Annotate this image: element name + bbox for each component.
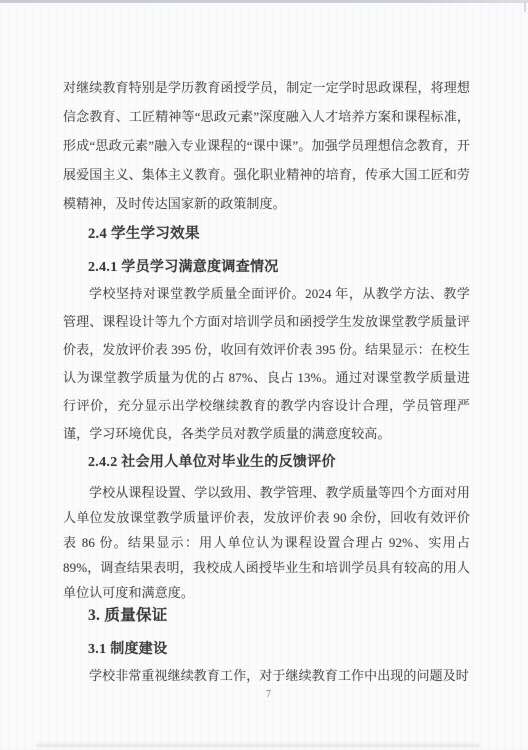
- paragraph-institution-building: 学校非常重视继续教育工作，对于继续教育工作中出现的问题及时: [63, 662, 470, 690]
- document-body: 对继续教育特别是学历教育函授学员，制定一定学时思政课程，将理想信念教育、工匠精神…: [63, 0, 470, 690]
- scan-bottom-shadow: [36, 744, 480, 747]
- paragraph-ideology-courses: 对继续教育特别是学历教育函授学员，制定一定学时思政课程，将理想信念教育、工匠精神…: [63, 73, 470, 218]
- scanned-document-page: 对继续教育特别是学历教育函授学员，制定一定学时思政课程，将理想信念教育、工匠精神…: [0, 0, 528, 750]
- heading-3-quality-assurance: 3. 质量保证: [63, 601, 470, 631]
- heading-3-1-institution-building: 3.1 制度建设: [63, 635, 470, 665]
- paragraph-employer-feedback: 学校从课程设置、学以致用、教学管理、教学质量等四个方面对用人单位发放课堂教学质量…: [63, 480, 470, 605]
- heading-2-4-2-employer-feedback: 2.4.2 社会用人单位对毕业生的反馈评价: [63, 448, 470, 478]
- paragraph-satisfaction-survey: 学校坚持对课堂教学质量全面评价。2024 年，从教学方法、教学管理、课程设计等九…: [63, 280, 470, 448]
- heading-2-4-student-learning-outcomes: 2.4 学生学习效果: [63, 219, 470, 249]
- heading-2-4-1-satisfaction-survey: 2.4.1 学员学习满意度调查情况: [63, 253, 470, 283]
- scan-right-edge-artifact: [524, 0, 526, 12]
- page-number: 7: [0, 688, 528, 702]
